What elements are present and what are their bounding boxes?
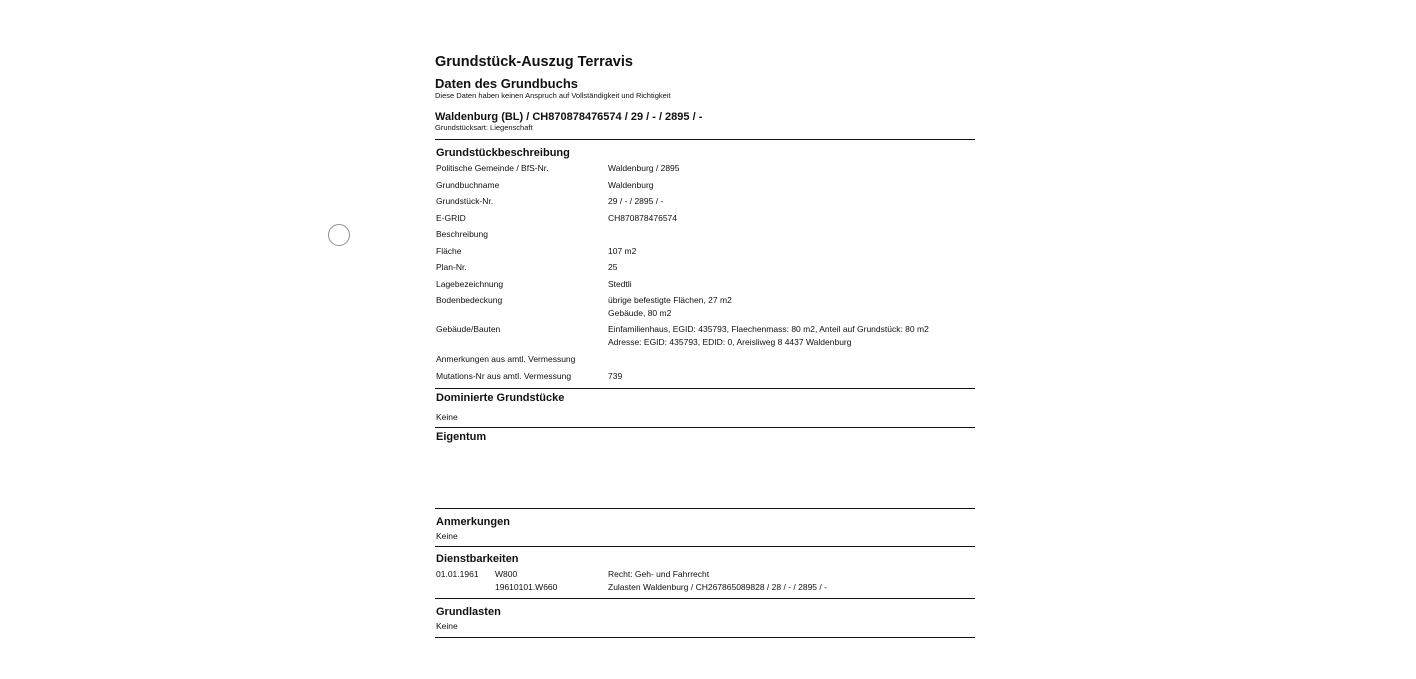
table-row: Bodenbedeckungübrige befestigte Flächen,… xyxy=(436,294,975,323)
table-row: Beschreibung xyxy=(436,228,975,245)
table-row: Fläche107 m2 xyxy=(436,245,975,262)
table-row: LagebezeichnungStedtli xyxy=(436,278,975,295)
parcel-id: Waldenburg (BL) / CH870878476574 / 29 / … xyxy=(435,111,975,123)
divider xyxy=(435,546,975,547)
divider xyxy=(435,139,975,140)
page-title: Grundstück-Auszug Terravis xyxy=(435,52,975,74)
section-anmerkungen: Anmerkungen xyxy=(436,515,975,529)
anmerkungen-text: Keine xyxy=(436,530,975,542)
parcel-type: Grundstücksart: Liegenschaft xyxy=(435,123,975,132)
table-row: Gebäude/BautenEinfamilienhaus, EGID: 435… xyxy=(436,323,975,353)
document-page: Grundstück-Auszug Terravis Daten des Gru… xyxy=(435,52,975,638)
section-dominierte-grundstuecke: Dominierte Grundstücke xyxy=(436,391,975,405)
section-grundlasten: Grundlasten xyxy=(436,605,975,619)
table-row: Grundstück-Nr.29 / - / 2895 / - xyxy=(436,195,975,212)
grundlasten-text: Keine xyxy=(436,620,975,632)
divider xyxy=(435,427,975,428)
divider xyxy=(435,637,975,638)
section-grundstueckbeschreibung: Grundstückbeschreibung xyxy=(436,146,975,160)
section-dienstbarkeiten: Dienstbarkeiten xyxy=(436,552,975,566)
table-row: Politische Gemeinde / BfS-Nr.Waldenburg … xyxy=(436,162,975,179)
section-eigentum: Eigentum xyxy=(436,430,975,506)
divider xyxy=(435,598,975,599)
description-table: Politische Gemeinde / BfS-Nr.Waldenburg … xyxy=(435,162,975,386)
table-row: Anmerkungen aus amtl. Vermessung xyxy=(436,353,975,370)
divider xyxy=(435,508,975,509)
dienstbarkeit-entry: 01.01.1961W800Recht: Geh- und Fahrrecht … xyxy=(435,568,975,593)
section-subtitle: Daten des Grundbuchs xyxy=(435,76,975,91)
cursor-circle-icon xyxy=(328,224,350,246)
disclaimer: Diese Daten haben keinen Anspruch auf Vo… xyxy=(435,91,975,100)
table-row: Plan-Nr.25 xyxy=(436,261,975,278)
divider xyxy=(435,388,975,389)
table-row: Mutations-Nr aus amtl. Vermessung739 xyxy=(436,370,975,387)
table-row: E-GRIDCH870878476574 xyxy=(436,212,975,229)
table-row: GrundbuchnameWaldenburg xyxy=(436,179,975,196)
dominierte-text: Keine xyxy=(436,411,975,423)
